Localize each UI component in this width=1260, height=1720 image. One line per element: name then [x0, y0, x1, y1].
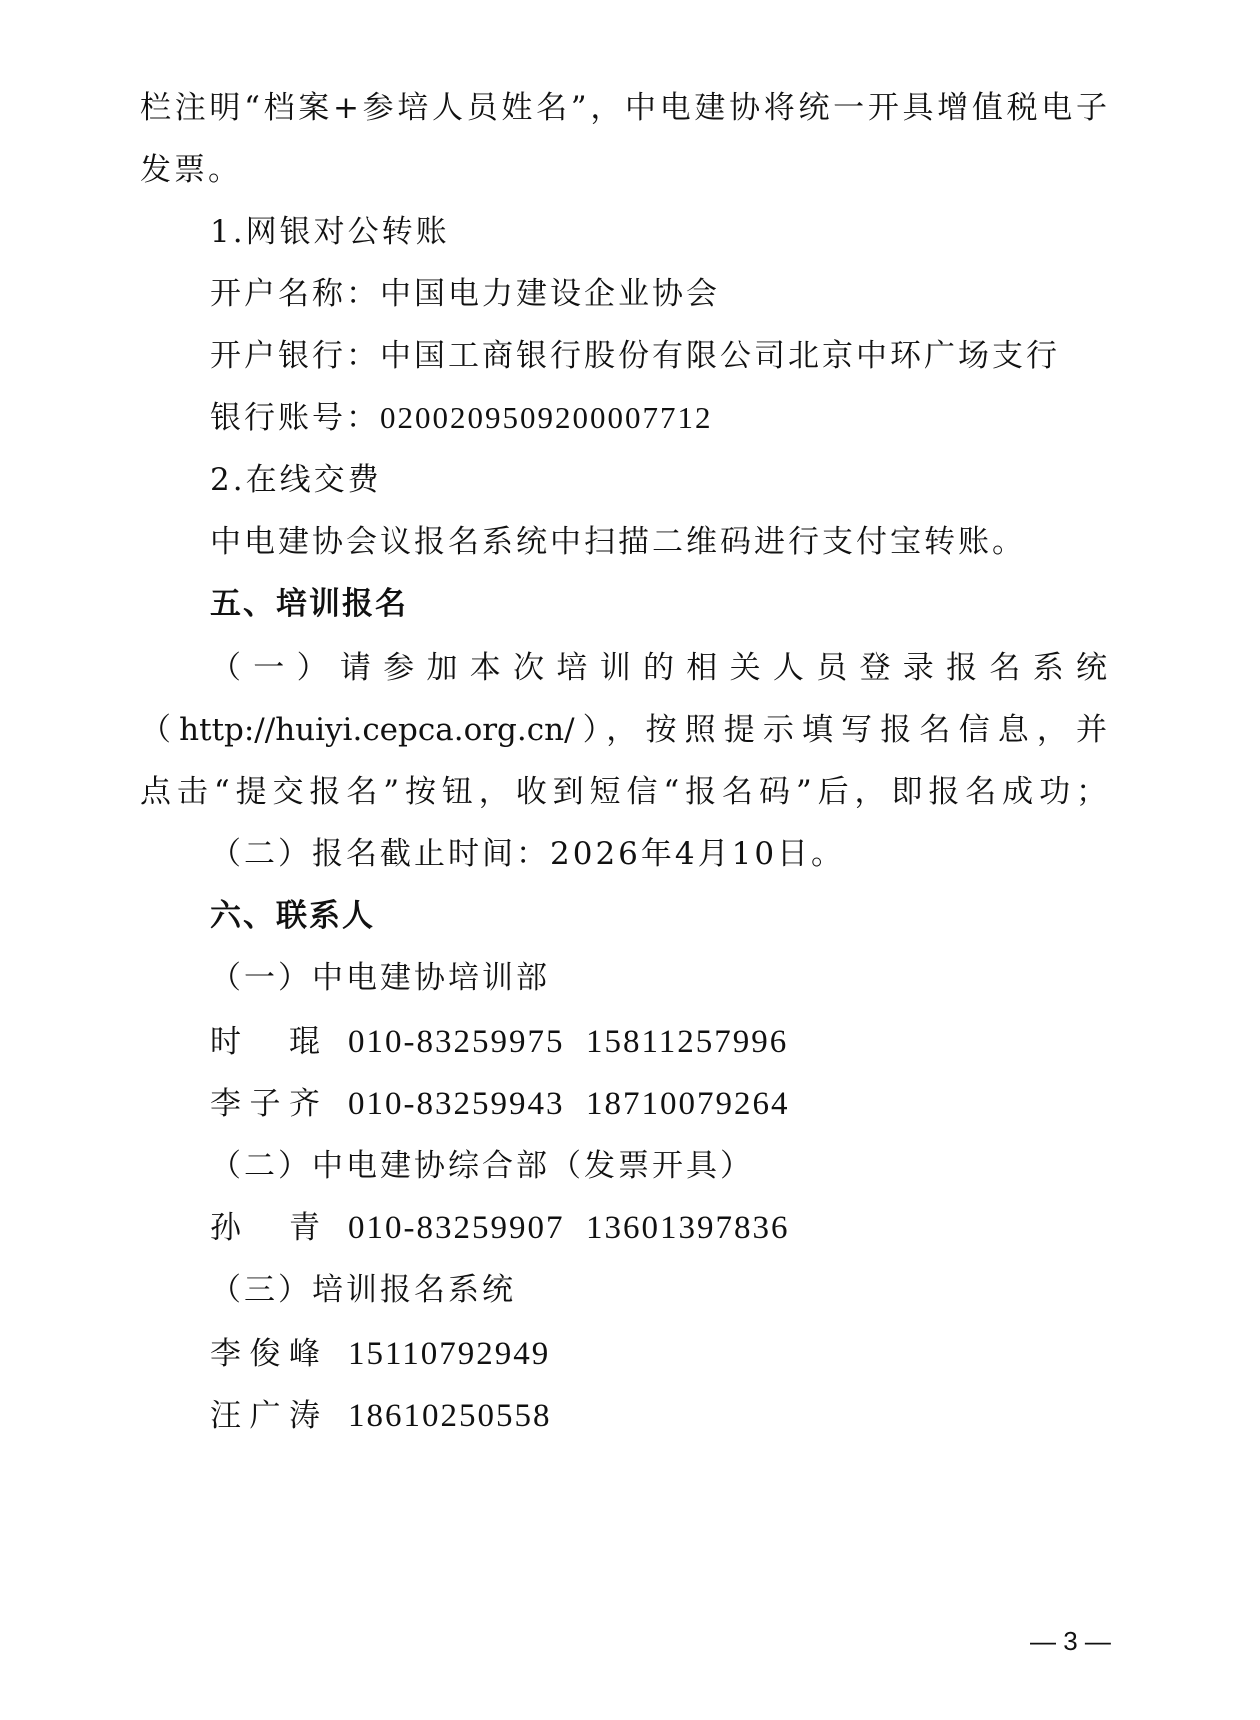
contact-row: 汪广涛 18610250558	[210, 1396, 552, 1436]
contact-name: 李俊峰	[210, 1334, 320, 1374]
page-number: — 3 —	[1030, 1626, 1111, 1656]
contact-mobile: 13601397836	[586, 1208, 790, 1248]
continuation-line-2: 发票。	[140, 150, 242, 190]
account-number-row: 银行账号：0200209509200007712	[210, 398, 713, 438]
payment-method-2-text: 中电建协会议报名系统中扫描二维码进行支付宝转账。	[210, 522, 1026, 562]
contact-mobile: 15811257996	[586, 1022, 788, 1062]
contact-name: 汪广涛	[210, 1396, 320, 1436]
bank-row: 开户银行：中国工商银行股份有限公司北京中环广场支行	[210, 336, 1060, 376]
contact-group-1-title: （一）中电建协培训部	[210, 958, 550, 998]
payment-method-2-title: 2.在线交费	[210, 460, 382, 500]
bank-label: 开户银行：	[210, 338, 380, 374]
account-name-label: 开户名称：	[210, 276, 380, 312]
contact-name: 李子齐	[210, 1084, 320, 1124]
contact-group-3-title: （三）培训报名系统	[210, 1270, 516, 1310]
contact-mobile: 18610250558	[348, 1396, 552, 1436]
payment-method-1-title: 1.网银对公转账	[210, 212, 450, 252]
contact-row: 李俊峰 15110792949	[210, 1334, 550, 1374]
section-6-heading: 六、联系人	[210, 896, 375, 936]
section-5-item-2: （二）报名截止时间：2026年4月10日。	[210, 834, 845, 874]
section-5-item-1-line-1: （一）请参加本次培训的相关人员登录报名系统	[210, 648, 1107, 688]
continuation-line-1: 栏注明“档案+参培人员姓名”，中电建协将统一开具增值税电子	[140, 88, 1107, 128]
account-name-row: 开户名称：中国电力建设企业协会	[210, 274, 720, 314]
contact-row: 时 琨 010-83259975 15811257996	[210, 1022, 788, 1062]
section-5-item-1-line-3: 点击“提交报名”按钮，收到短信“报名码”后，即报名成功；	[140, 772, 1107, 812]
contact-mobile: 18710079264	[586, 1084, 790, 1124]
account-number-label: 银行账号：	[210, 400, 380, 436]
contact-phone: 010-83259943	[348, 1084, 558, 1124]
account-number-value: 0200209509200007712	[380, 400, 713, 435]
contact-group-2-title: （二）中电建协综合部（发票开具）	[210, 1146, 754, 1186]
contact-row: 孙 青 010-83259907 13601397836	[210, 1208, 790, 1248]
bank-value: 中国工商银行股份有限公司北京中环广场支行	[380, 338, 1060, 374]
section-5-item-1-line-2: （http://huiyi.cepca.org.cn/），按照提示填写报名信息，…	[140, 710, 1107, 750]
contact-name: 孙 青	[210, 1208, 320, 1248]
contact-row: 李子齐 010-83259943 18710079264	[210, 1084, 790, 1124]
document-page: 栏注明“档案+参培人员姓名”，中电建协将统一开具增值税电子 发票。 1.网银对公…	[0, 0, 1260, 1720]
contact-phone: 010-83259975	[348, 1022, 558, 1062]
section-5-heading: 五、培训报名	[210, 584, 408, 624]
contact-phone: 010-83259907	[348, 1208, 558, 1248]
account-name-value: 中国电力建设企业协会	[380, 276, 720, 312]
contact-mobile: 15110792949	[348, 1334, 550, 1374]
contact-name: 时 琨	[210, 1022, 320, 1062]
